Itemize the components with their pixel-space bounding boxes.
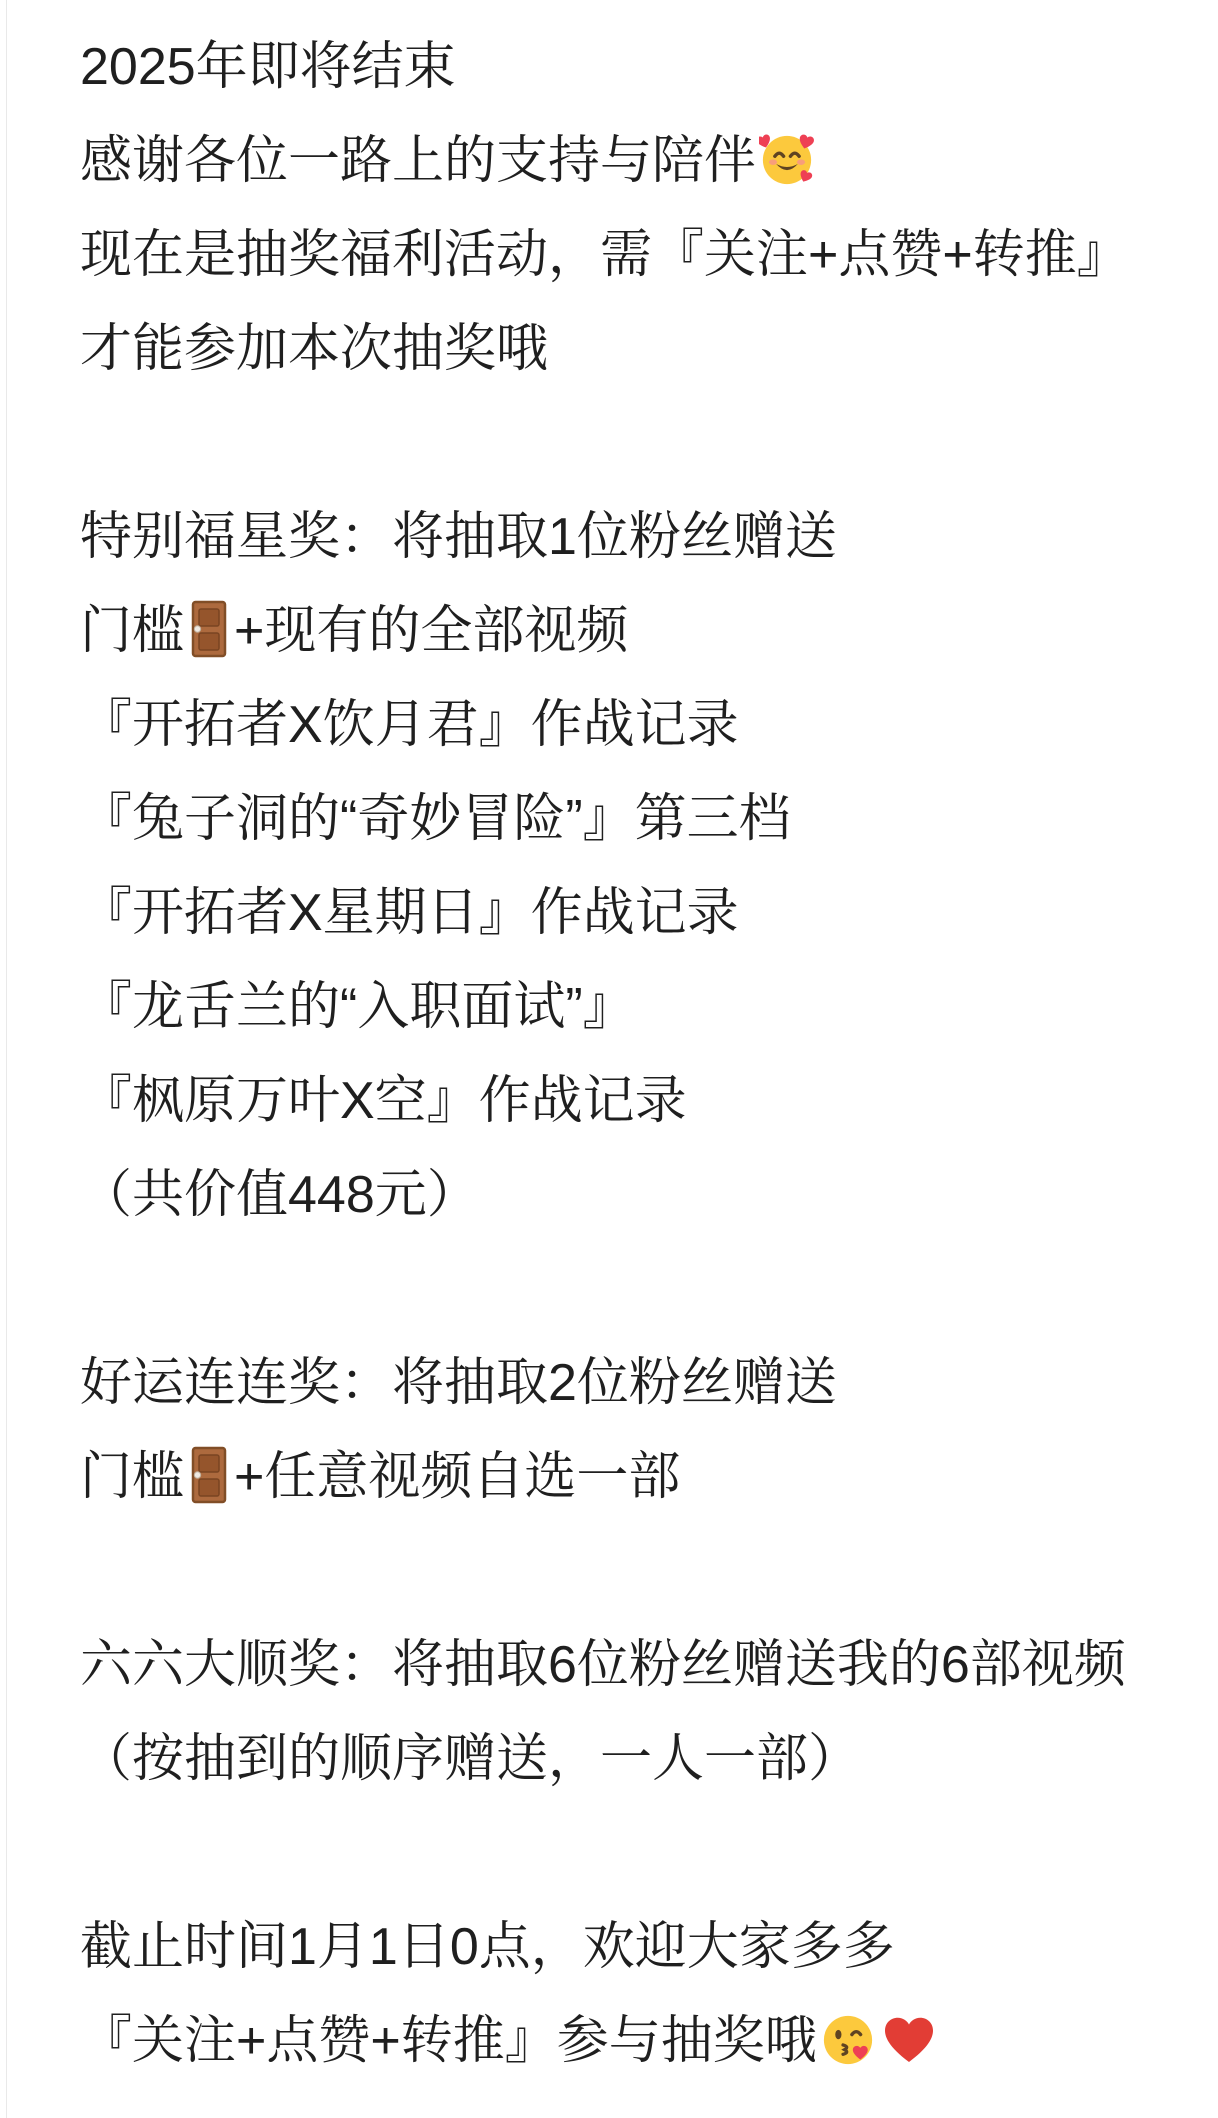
text-run: 『开拓者X星期日』作战记录 xyxy=(80,884,739,942)
text-run: 『开拓者X饮月君』作战记录 xyxy=(80,696,739,754)
text-run: 六六大顺奖：将抽取6位粉丝赠送我的6部视频 xyxy=(80,1636,1126,1694)
text-run: 『龙舌兰的“入职面试”』 xyxy=(80,978,635,1036)
face-blowing-kiss-icon xyxy=(820,2012,876,2068)
text-run: 感谢各位一路上的支持与陪伴 xyxy=(80,132,756,190)
text-run: 门槛 xyxy=(80,1448,184,1506)
blank-line xyxy=(80,1524,1129,1618)
text-run: +任意视频自选一部 xyxy=(234,1448,680,1506)
door-icon xyxy=(187,1446,231,1504)
text-run: +现有的全部视频 xyxy=(234,602,628,660)
text-line: 六六大顺奖：将抽取6位粉丝赠送我的6部视频 xyxy=(80,1618,1129,1712)
text-line: 感谢各位一路上的支持与陪伴 xyxy=(80,114,1129,208)
blank-line xyxy=(80,396,1129,490)
text-run: 特别福星奖：将抽取1位粉丝赠送 xyxy=(80,508,837,566)
blank-line xyxy=(80,1242,1129,1336)
text-run: （共价值448元） xyxy=(80,1166,479,1224)
text-run: 门槛 xyxy=(80,602,184,660)
text-line: 门槛 +任意视频自选一部 xyxy=(80,1430,1129,1524)
text-line: 『兔子洞的“奇妙冒险”』第三档 xyxy=(80,772,1129,866)
text-line: 『开拓者X饮月君』作战记录 xyxy=(80,678,1129,772)
text-run: 『枫原万叶X空』作战记录 xyxy=(80,1072,687,1130)
text-line: 门槛 +现有的全部视频 xyxy=(80,584,1129,678)
smiling-face-with-hearts-icon xyxy=(759,132,815,188)
red-heart-icon xyxy=(882,2014,936,2068)
text-line: 好运连连奖：将抽取2位粉丝赠送 xyxy=(80,1336,1129,1430)
text-run: 才能参加本次抽奖哦 xyxy=(80,320,548,378)
text-run: 『兔子洞的“奇妙冒险”』第三档 xyxy=(80,790,791,848)
text-line: （按抽到的顺序赠送，一人一部） xyxy=(80,1712,1129,1806)
text-line: 『关注+点赞+转推』参与抽奖哦 xyxy=(80,1994,1129,2088)
text-line: 『开拓者X星期日』作战记录 xyxy=(80,866,1129,960)
text-run: （按抽到的顺序赠送，一人一部） xyxy=(80,1730,860,1788)
text-line: （共价值448元） xyxy=(80,1148,1129,1242)
post-body: 2025年即将结束感谢各位一路上的支持与陪伴 现在是抽奖福利活动，需『关注+点赞… xyxy=(0,0,1159,2088)
text-line: 『龙舌兰的“入职面试”』 xyxy=(80,960,1129,1054)
text-run: 2025年即将结束 xyxy=(80,38,456,96)
text-run: 『关注+点赞+转推』参与抽奖哦 xyxy=(80,2012,817,2070)
text-run: 现在是抽奖福利活动，需『关注+点赞+转推』 xyxy=(80,226,1129,284)
text-line: 现在是抽奖福利活动，需『关注+点赞+转推』 xyxy=(80,208,1129,302)
text-run: 好运连连奖：将抽取2位粉丝赠送 xyxy=(80,1354,837,1412)
text-line: 2025年即将结束 xyxy=(80,20,1129,114)
blank-line xyxy=(80,1806,1129,1900)
door-icon xyxy=(187,600,231,658)
text-line: 截止时间1月1日0点，欢迎大家多多 xyxy=(80,1900,1129,1994)
text-line: 才能参加本次抽奖哦 xyxy=(80,302,1129,396)
text-line: 特别福星奖：将抽取1位粉丝赠送 xyxy=(80,490,1129,584)
screenshot-root: { "page": { "background": "#ffffff", "te… xyxy=(0,0,1218,2118)
text-run: 截止时间1月1日0点，欢迎大家多多 xyxy=(80,1918,895,1976)
text-line: 『枫原万叶X空』作战记录 xyxy=(80,1054,1129,1148)
